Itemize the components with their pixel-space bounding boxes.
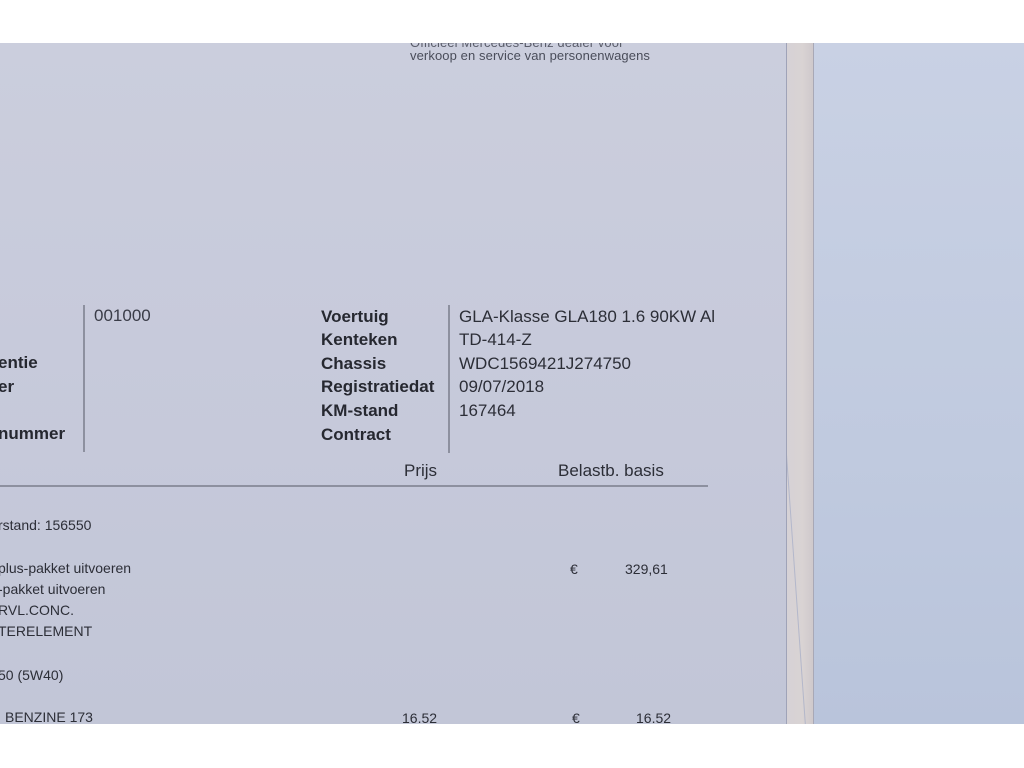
- value-chassis: WDC1569421J274750: [459, 354, 631, 374]
- value-voertuig: GLA-Klasse GLA180 1.6 90KW Al: [459, 307, 715, 327]
- letterhead-line-2: verkoop en service van personenwagens: [410, 48, 650, 63]
- vehicle-divider: [448, 305, 450, 453]
- line-item-text: -pakket uitvoeren: [0, 581, 105, 597]
- value-registratiedatum: 09/07/2018: [459, 377, 544, 397]
- background-surface: [814, 43, 1024, 724]
- invoice-page: Officieel Mercedes-Benz dealer voor verk…: [0, 43, 787, 724]
- column-header-price: Prijs: [404, 461, 437, 481]
- customer-number: 001000: [94, 306, 151, 326]
- value-km-stand: 167464: [459, 401, 516, 421]
- line-item-tax-base: 329,61: [625, 561, 668, 577]
- left-label-1: entie: [0, 353, 38, 373]
- line-item-tax-base: 16.52: [636, 710, 671, 724]
- left-label-2: er: [0, 377, 14, 397]
- line-item-text: plus-pakket uitvoeren: [0, 560, 131, 576]
- label-km-stand: KM-stand: [321, 401, 398, 421]
- line-item-currency: €: [570, 561, 578, 577]
- left-label-3: nummer: [0, 424, 65, 444]
- label-contract: Contract: [321, 425, 391, 445]
- left-divider: [83, 305, 85, 452]
- invoice-photo: Officieel Mercedes-Benz dealer voor verk…: [0, 43, 1024, 724]
- label-voertuig: Voertuig: [321, 307, 389, 327]
- line-item-text: 50 (5W40): [0, 667, 63, 683]
- line-item-price: 16.52: [402, 710, 437, 724]
- line-item-text: TERELEMENT: [0, 623, 92, 639]
- value-kenteken: TD-414-Z: [459, 330, 532, 350]
- line-item-text: BENZINE 173: [5, 709, 93, 724]
- column-header-tax-base: Belastb. basis: [558, 461, 664, 481]
- line-item-text: RVL.CONC.: [0, 602, 74, 618]
- label-registratiedatum: Registratiedat: [321, 377, 434, 397]
- label-chassis: Chassis: [321, 354, 386, 374]
- meter-reading-line: rstand: 156550: [0, 517, 91, 533]
- line-item-currency: €: [572, 710, 580, 724]
- underlying-paper-edge: [787, 43, 814, 724]
- label-kenteken: Kenteken: [321, 330, 398, 350]
- table-header-rule: [0, 485, 708, 487]
